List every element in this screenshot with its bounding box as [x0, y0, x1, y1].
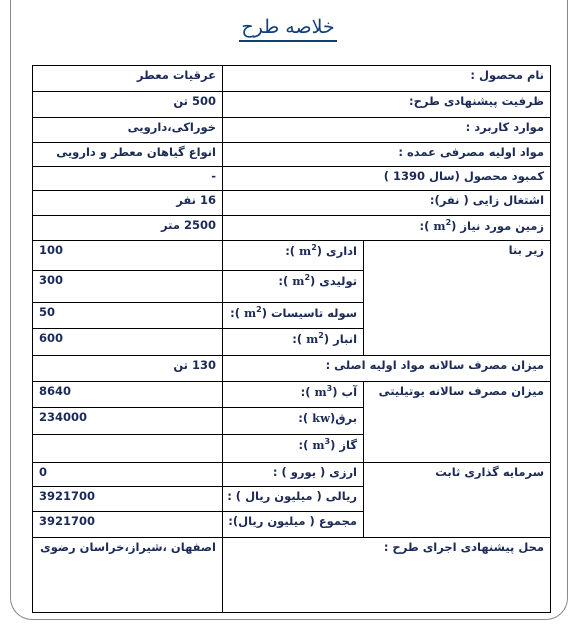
label-end: ):: [298, 411, 312, 425]
land-label-end: ):: [420, 219, 434, 233]
land-label: زمین مورد نیاز (m2 ):: [223, 216, 551, 241]
investment-rial-label: ریالی ( میلیون ریال ) :: [223, 487, 364, 512]
row-employment: اشتغال زایی ( نفر): 16 نفر: [33, 191, 551, 216]
land-label-text: زمین مورد نیاز (: [451, 219, 544, 233]
row-raw-materials: مواد اولیه مصرفی عمده : انواع گیاهان معط…: [33, 143, 551, 167]
building-production-label: تولیدی (m2 ):: [223, 271, 364, 303]
label-end: ):: [301, 385, 315, 399]
utility-electricity-value: 234000: [33, 408, 223, 435]
shortage-value: -: [33, 167, 223, 191]
building-office-value: 100: [33, 241, 223, 271]
summary-table: نام محصول : عرقیات معطر ظرفیت پیشنهادی ط…: [32, 65, 551, 613]
unit: kw: [312, 411, 330, 425]
employment-value: 16 نفر: [33, 191, 223, 216]
usage-value: خوراکی،دارویی: [33, 118, 223, 143]
label-end: ):: [285, 244, 299, 258]
row-capacity: ظرفیت پیشنهادی طرح: 500 تن: [33, 92, 551, 118]
unit: m: [312, 438, 324, 452]
building-office-label: اداری (m2 ):: [223, 241, 364, 271]
land-unit: m: [433, 219, 445, 233]
utility-gas-value: [33, 435, 223, 463]
label-end: ):: [230, 306, 244, 320]
annual-raw-value: 130 تن: [33, 356, 223, 382]
utilities-group-label: میزان مصرف سالانه یوتیلیتی: [364, 382, 551, 463]
utility-water-label: آب (m3 ):: [223, 382, 364, 408]
unit: m: [244, 306, 256, 320]
page-title: خلاصه طرح: [0, 16, 576, 42]
building-production-value: 300: [33, 271, 223, 303]
building-warehouse-value: 600: [33, 329, 223, 356]
unit: m: [315, 385, 327, 399]
label-end: ):: [292, 332, 306, 346]
row-utility-water: میزان مصرف سالانه یوتیلیتی آب (m3 ): 864…: [33, 382, 551, 408]
row-land: زمین مورد نیاز (m2 ): 2500 متر: [33, 216, 551, 241]
label-end: ):: [299, 438, 313, 452]
investment-group-label: سرمایه گذاری ثابت: [364, 463, 551, 538]
product-name-value: عرقیات معطر: [33, 66, 223, 92]
annual-raw-label: میزان مصرف سالانه مواد اولیه اصلی :: [223, 356, 551, 382]
utility-water-value: 8640: [33, 382, 223, 408]
product-name-label: نام محصول :: [223, 66, 551, 92]
investment-foreign-value: 0: [33, 463, 223, 487]
row-usage: موارد کاربرد : خوراکی،دارویی: [33, 118, 551, 143]
building-warehouse-label: انبار (m2 ):: [223, 329, 364, 356]
row-shortage: کمبود محصول (سال 1390 ) -: [33, 167, 551, 191]
usage-label: موارد کاربرد :: [223, 118, 551, 143]
land-value: 2500 متر: [33, 216, 223, 241]
label-text: گاز (: [330, 438, 357, 452]
unit: m: [292, 274, 304, 288]
row-annual-raw: میزان مصرف سالانه مواد اولیه اصلی : 130 …: [33, 356, 551, 382]
label-text: اداری (: [317, 244, 357, 258]
investment-foreign-label: ارزی ( یورو ) :: [223, 463, 364, 487]
unit: m: [306, 332, 318, 346]
building-group-label: زیر بنا: [364, 241, 551, 356]
capacity-value: 500 تن: [33, 92, 223, 118]
label-text: تولیدی (: [310, 274, 357, 288]
investment-total-label: مجموع ( میلیون ریال):: [223, 512, 364, 538]
investment-total-value: 3921700: [33, 512, 223, 538]
raw-materials-label: مواد اولیه مصرفی عمده :: [223, 143, 551, 167]
label-text: برق(: [330, 411, 357, 425]
row-building-office: زیر بنا اداری (m2 ): 100: [33, 241, 551, 271]
row-location: محل پیشنهادی اجرای طرح : اصفهان ،شیراز،خ…: [33, 538, 551, 613]
label-text: انبار (: [324, 332, 357, 346]
utility-gas-label: گاز (m3 ):: [223, 435, 364, 463]
location-value: اصفهان ،شیراز،خراسان رضوی: [33, 538, 223, 613]
employment-label: اشتغال زایی ( نفر):: [223, 191, 551, 216]
row-investment-foreign: سرمایه گذاری ثابت ارزی ( یورو ) : 0: [33, 463, 551, 487]
title-text: خلاصه طرح: [239, 16, 336, 42]
investment-rial-value: 3921700: [33, 487, 223, 512]
raw-materials-value: انواع گیاهان معطر و دارویی: [33, 143, 223, 167]
shortage-label: کمبود محصول (سال 1390 ): [223, 167, 551, 191]
unit: m: [299, 244, 311, 258]
utility-electricity-label: برق(kw ):: [223, 408, 364, 435]
label-end: ):: [278, 274, 292, 288]
capacity-label: ظرفیت پیشنهادی طرح:: [223, 92, 551, 118]
building-facilities-value: 50: [33, 303, 223, 329]
label-text: آب (: [332, 385, 357, 399]
location-label: محل پیشنهادی اجرای طرح :: [223, 538, 551, 613]
building-facilities-label: سوله تاسیسات (m2 ):: [223, 303, 364, 329]
label-text: سوله تاسیسات (: [262, 306, 357, 320]
row-product-name: نام محصول : عرقیات معطر: [33, 66, 551, 92]
